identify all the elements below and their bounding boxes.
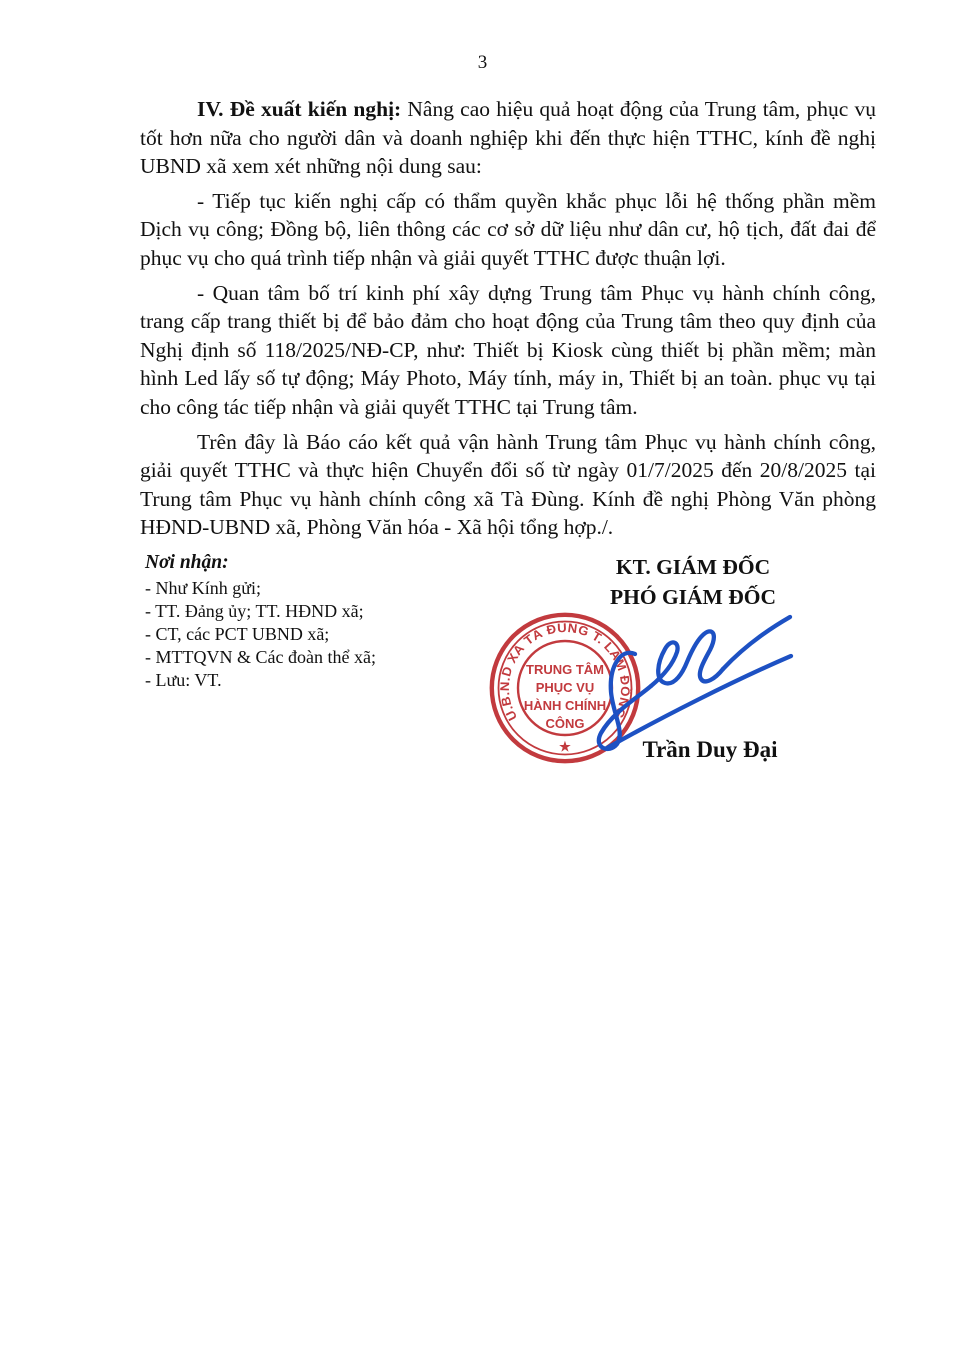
paragraph-proposal: IV. Đề xuất kiến nghị: Nâng cao hiệu quả… bbox=[140, 95, 876, 181]
recipient-item: - MTTQVN & Các đoàn thể xã; bbox=[145, 646, 376, 669]
signature-stroke bbox=[599, 653, 651, 749]
page-number: 3 bbox=[0, 52, 965, 74]
stamp-star-icon: ★ bbox=[559, 739, 571, 754]
recipient-item: - TT. Đảng ủy; TT. HĐND xã; bbox=[145, 600, 376, 623]
document-page: 3 IV. Đề xuất kiến nghị: Nâng cao hiệu q… bbox=[0, 0, 965, 1365]
recipients-title: Nơi nhận: bbox=[145, 551, 376, 574]
paragraph-software-fix: - Tiếp tục kiến nghị cấp có thẩm quyền k… bbox=[140, 187, 876, 273]
signer-name: Trần Duy Đại bbox=[580, 737, 840, 763]
recipient-item: - Như Kính gửi; bbox=[145, 577, 376, 600]
signature-stroke bbox=[651, 631, 723, 686]
recipients-block: Nơi nhận: - Như Kính gửi; - TT. Đảng ủy;… bbox=[145, 551, 376, 692]
handwritten-signature bbox=[585, 602, 800, 754]
signature-title-line1: KT. GIÁM ĐỐC bbox=[523, 552, 863, 582]
paragraph-closing: Trên đây là Báo cáo kết quả vận hành Tru… bbox=[140, 428, 876, 542]
paragraph-funding: - Quan tâm bố trí kinh phí xây dựng Trun… bbox=[140, 279, 876, 422]
recipient-item: - Lưu: VT. bbox=[145, 669, 376, 692]
recipient-item: - CT, các PCT UBND xã; bbox=[145, 623, 376, 646]
document-body: IV. Đề xuất kiến nghị: Nâng cao hiệu quả… bbox=[140, 95, 876, 548]
stamp-center-line: CÔNG bbox=[546, 716, 585, 731]
proposal-heading: IV. Đề xuất kiến nghị: bbox=[197, 97, 401, 121]
